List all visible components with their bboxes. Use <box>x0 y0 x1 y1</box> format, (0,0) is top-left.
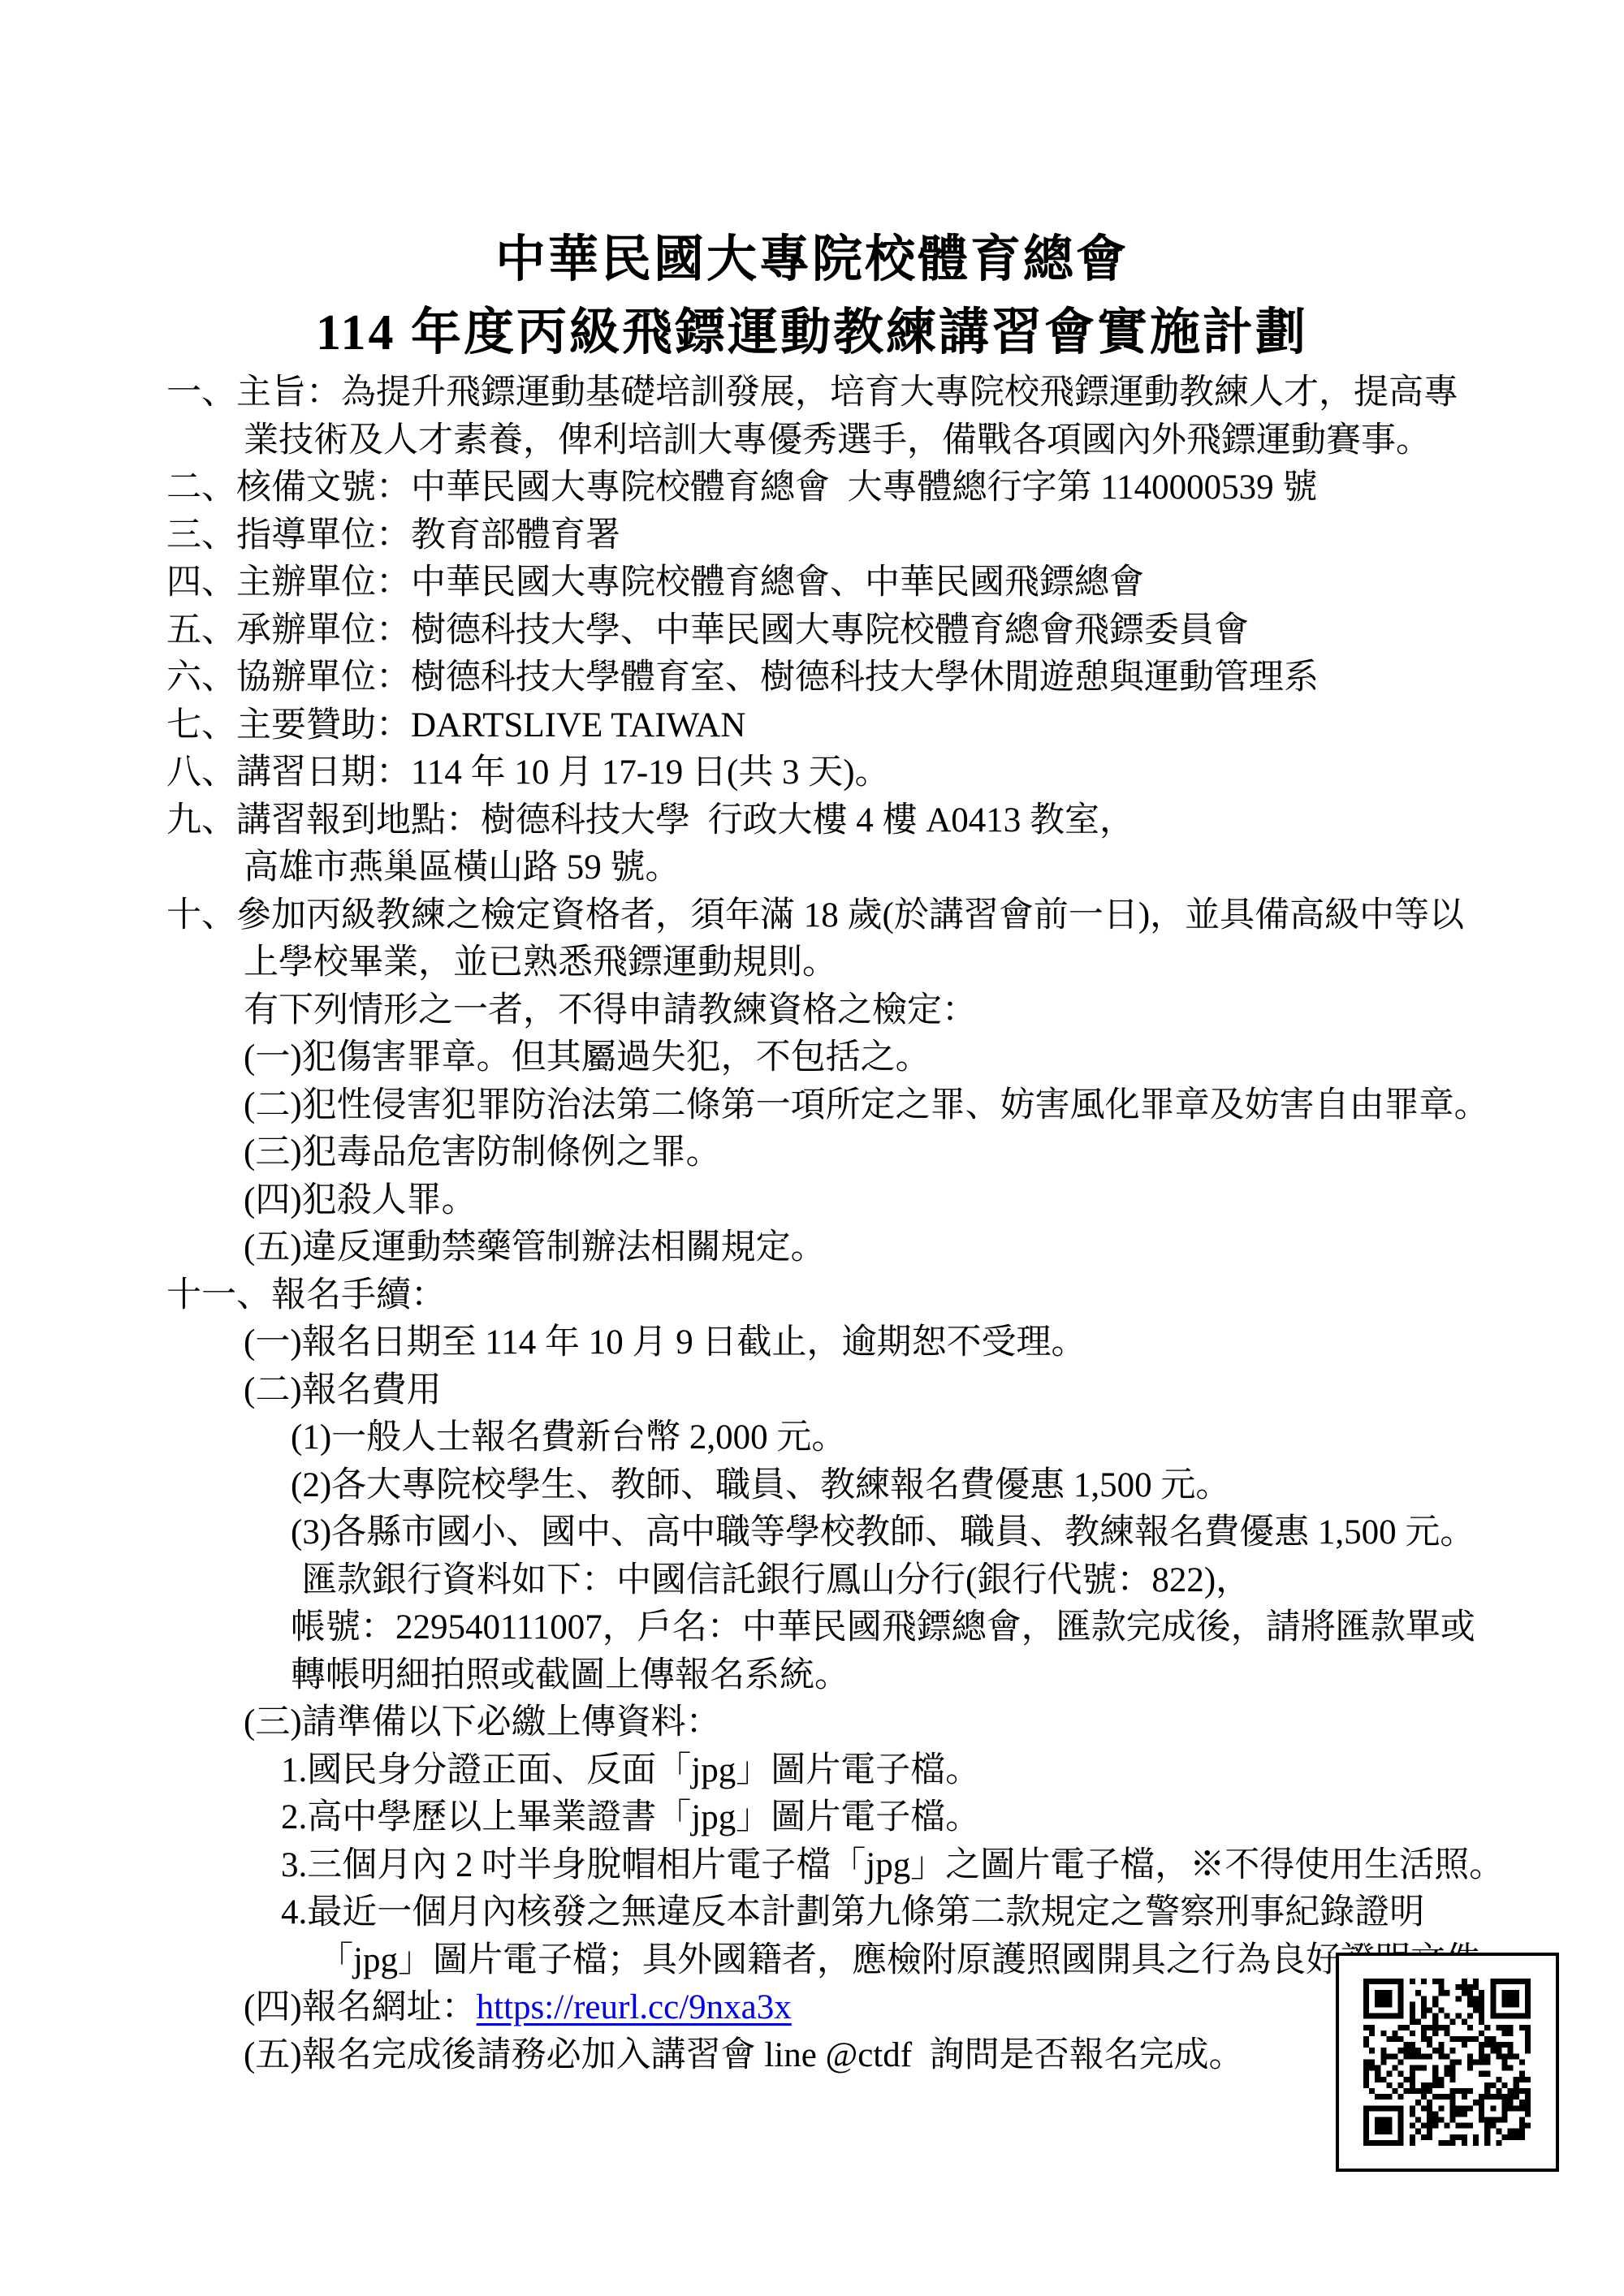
registration-link[interactable]: https://reurl.cc/9nxa3x <box>477 1988 792 2026</box>
doc-line: 4.最近一個月內核發之無違反本計劃第九條第二款規定之警察刑事紀錄證明 <box>0 1889 1624 1937</box>
doc-line: (三)犯毒品危害防制條例之罪。 <box>0 1129 1624 1177</box>
doc-line: 十、參加丙級教練之檢定資格者，須年滿 18 歲(於講習會前一日)，並具備高級中等… <box>0 892 1624 940</box>
doc-line: (二)犯性侵害犯罪防治法第二條第一項所定之罪、妨害風化罪章及妨害自由罪章。 <box>0 1082 1624 1130</box>
doc-line: (3)各縣市國小、國中、高中職等學校教師、職員、教練報名費優惠 1,500 元。 <box>0 1509 1624 1557</box>
doc-line: 2.高中學歷以上畢業證書「jpg」圖片電子檔。 <box>0 1794 1624 1842</box>
doc-line: 七、主要贊助：DARTSLIVE TAIWAN <box>0 702 1624 750</box>
doc-line: 十一、報名手續： <box>0 1272 1624 1320</box>
doc-line: 六、協辦單位：樹德科技大學體育室、樹德科技大學休閒遊憩與運動管理系 <box>0 654 1624 702</box>
doc-line: 匯款銀行資料如下：中國信託銀行鳳山分行(銀行代號：822)， <box>0 1557 1624 1605</box>
doc-line: 三、指導單位：教育部體育署 <box>0 512 1624 560</box>
doc-line: 高雄市燕巢區橫山路 59 號。 <box>0 844 1624 892</box>
doc-line: 二、核備文號：中華民國大專院校體育總會 大專體總行字第 1140000539 號 <box>0 464 1624 512</box>
doc-line: 五、承辦單位：樹德科技大學、中華民國大專院校體育總會飛鏢委員會 <box>0 607 1624 655</box>
doc-line: 一、主旨：為提升飛鏢運動基礎培訓發展，培育大專院校飛鏢運動教練人才，提高專 <box>0 369 1624 417</box>
doc-line: 帳號：229540111007，戶名：中華民國飛鏢總會，匯款完成後，請將匯款單或 <box>0 1604 1624 1652</box>
doc-line: (五)違反運動禁藥管制辦法相關規定。 <box>0 1224 1624 1272</box>
document-page: 中華民國大專院校體育總會 114 年度丙級飛鏢運動教練講習會實施計劃 一、主旨：… <box>0 0 1624 2296</box>
doc-line: 3.三個月內 2 吋半身脫帽相片電子檔「jpg」之圖片電子檔，※不得使用生活照。 <box>0 1842 1624 1890</box>
doc-line: 上學校畢業，並已熟悉飛鏢運動規則。 <box>0 939 1624 987</box>
doc-line: (2)各大專院校學生、教師、職員、教練報名費優惠 1,500 元。 <box>0 1462 1624 1510</box>
doc-line: 業技術及人才素養，俾利培訓大專優秀選手，備戰各項國內外飛鏢運動賽事。 <box>0 417 1624 465</box>
doc-line: 八、講習日期：114 年 10 月 17-19 日(共 3 天)。 <box>0 749 1624 797</box>
registration-url-label: (四)報名網址： <box>244 1988 477 2026</box>
doc-line: (一)報名日期至 114 年 10 月 9 日截止，逾期恕不受理。 <box>0 1319 1624 1367</box>
qr-code-box <box>1336 1953 1559 2172</box>
page-title-line2: 114 年度丙級飛鏢運動教練講習會實施計劃 <box>0 304 1624 362</box>
doc-line: (1)一般人士報名費新台幣 2,000 元。 <box>0 1414 1624 1462</box>
doc-line: 1.國民身分證正面、反面「jpg」圖片電子檔。 <box>0 1747 1624 1795</box>
doc-line: (一)犯傷害罪章。但其屬過失犯，不包括之。 <box>0 1034 1624 1082</box>
doc-line: 四、主辦單位：中華民國大專院校體育總會、中華民國飛鏢總會 <box>0 559 1624 607</box>
doc-line: (四)犯殺人罪。 <box>0 1177 1624 1225</box>
doc-line: (二)報名費用 <box>0 1367 1624 1415</box>
doc-line: 九、講習報到地點：樹德科技大學 行政大樓 4 樓 A0413 教室， <box>0 797 1624 845</box>
doc-line: (三)請準備以下必繳上傳資料： <box>0 1699 1624 1747</box>
doc-line: 轉帳明細拍照或截圖上傳報名系統。 <box>0 1652 1624 1700</box>
page-title-line1: 中華民國大專院校體育總會 <box>0 231 1624 289</box>
qr-code-icon <box>1363 1979 1531 2146</box>
doc-line: 有下列情形之一者，不得申請教練資格之檢定： <box>0 987 1624 1035</box>
document-body: 一、主旨：為提升飛鏢運動基礎培訓發展，培育大專院校飛鏢運動教練人才，提高專 業技… <box>0 369 1624 2079</box>
